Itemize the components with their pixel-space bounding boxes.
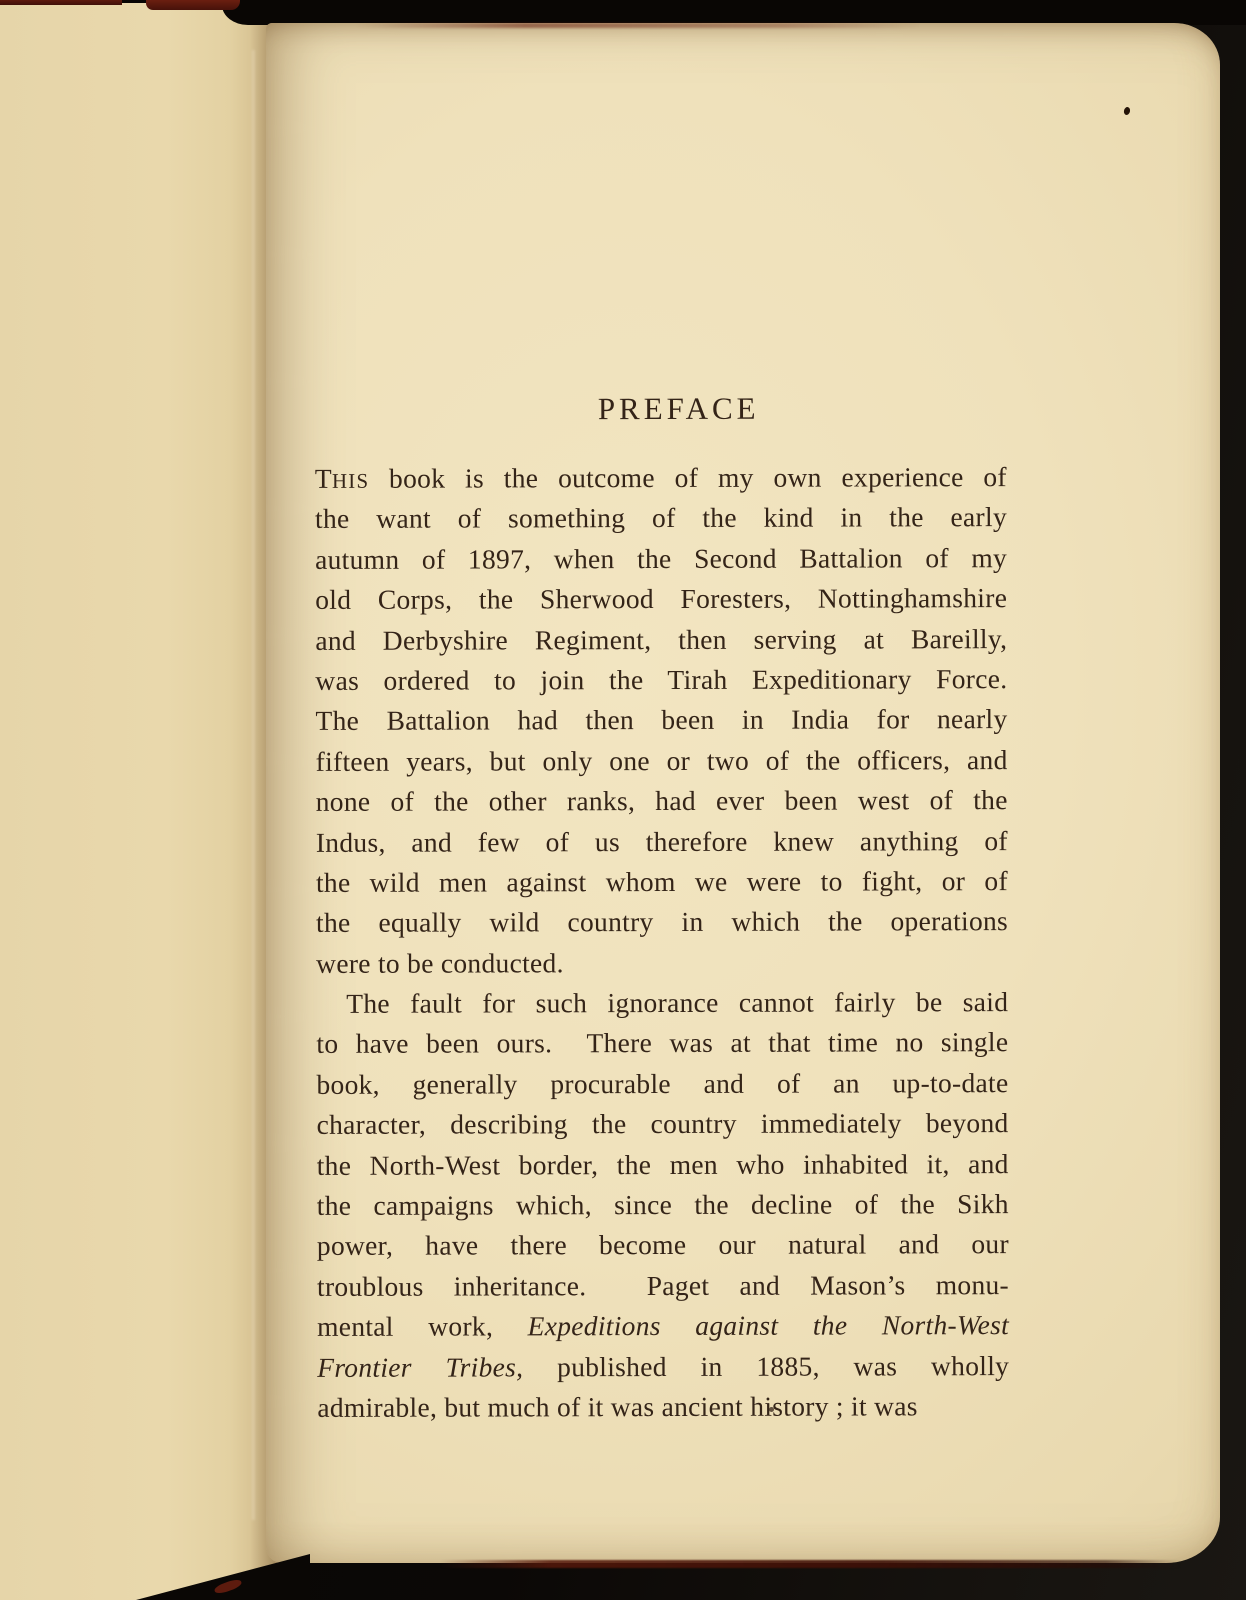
text-segment: were to be conducted.: [316, 947, 564, 979]
text-segment: old Corps, the Sherwood Foresters, Notti…: [315, 582, 1007, 615]
text-segment: HIS: [332, 469, 369, 493]
text-segment: book, generally procurable and of an up-…: [316, 1067, 1008, 1100]
text-line: admirable, but much of it was ancient hi…: [317, 1386, 1009, 1428]
text-segment: The fault for such ignorance cannot fair…: [346, 986, 1008, 1019]
text-segment: troublous inheritance. Paget and Mason’s…: [317, 1269, 1009, 1302]
page-text: PREFACE THIS book is the outcome of my o…: [315, 387, 1010, 1428]
text-segment: Indus, and few of us therefore knew anyt…: [316, 825, 1008, 858]
preface-heading: PREFACE: [333, 387, 1025, 431]
text-line: the wild men against whom we were to fig…: [316, 861, 1008, 903]
text-line: the campaigns which, since the decline o…: [317, 1184, 1009, 1226]
text-segment: Frontier Tribes,: [317, 1351, 523, 1383]
page-top-stain: [356, 23, 920, 28]
text-segment: admirable, but much of it was ancient hi…: [317, 1390, 918, 1423]
text-line: The fault for such ignorance cannot fair…: [316, 982, 1008, 1024]
text-line: to have been ours. There was at that tim…: [316, 1023, 1008, 1065]
text-line: were to be conducted.: [316, 942, 1008, 984]
paragraph: THIS book is the outcome of my own exper…: [315, 457, 1008, 984]
text-line: troublous inheritance. Paget and Mason’s…: [317, 1265, 1009, 1307]
background-top-band: [222, 0, 1246, 25]
text-line: old Corps, the Sherwood Foresters, Notti…: [315, 578, 1007, 620]
text-line: none of the other ranks, had ever been w…: [316, 780, 1008, 822]
text-segment: The Battalion had then been in India for…: [315, 703, 1007, 736]
text-line: power, have there become our natural and…: [317, 1225, 1009, 1267]
spine-edge: [146, 0, 240, 10]
text-line: was ordered to join the Tirah Expedition…: [315, 659, 1007, 701]
text-segment: the campaigns which, since the decline o…: [317, 1188, 1009, 1221]
text-segment: published in 1885, was wholly: [523, 1350, 1009, 1382]
spine-edge: [0, 0, 122, 5]
paragraph: The fault for such ignorance cannot fair…: [316, 982, 1009, 1428]
book-photo: PREFACE THIS book is the outcome of my o…: [0, 0, 1246, 1600]
text-segment: and Derbyshire Regiment, then serving at…: [315, 623, 1007, 656]
text-segment: book is the outcome of my own experience…: [369, 461, 1007, 494]
text-segment: fifteen years, but only one or two of th…: [316, 744, 1008, 777]
text-segment: autumn of 1897, when the Second Battalio…: [315, 542, 1007, 575]
text-line: and Derbyshire Regiment, then serving at…: [315, 619, 1007, 661]
text-line: the North-West border, the men who inhab…: [317, 1144, 1009, 1186]
text-segment: the want of something of the kind in the…: [315, 501, 1007, 534]
text-segment: was ordered to join the Tirah Expedition…: [315, 663, 1007, 696]
text-segment: the equally wild country in which the op…: [316, 905, 1008, 938]
text-segment: T: [315, 463, 332, 494]
text-segment: the North-West border, the men who inhab…: [317, 1148, 1009, 1181]
text-line: character, describing the country immedi…: [317, 1103, 1009, 1145]
text-segment: mental work,: [317, 1311, 528, 1343]
page-bottom-stain: [440, 1560, 1180, 1568]
text-line: Indus, and few of us therefore knew anyt…: [316, 821, 1008, 863]
text-segment: none of the other ranks, had ever been w…: [316, 784, 1008, 817]
text-segment: to have been ours. There was at that tim…: [316, 1027, 1008, 1060]
text-line: the equally wild country in which the op…: [316, 901, 1008, 943]
text-line: the want of something of the kind in the…: [315, 497, 1007, 539]
text-line: fifteen years, but only one or two of th…: [316, 740, 1008, 782]
text-line: autumn of 1897, when the Second Battalio…: [315, 538, 1007, 580]
text-segment: the wild men against whom we were to fig…: [316, 865, 1008, 898]
text-line: THIS book is the outcome of my own exper…: [315, 457, 1007, 499]
text-segment: power, have there become our natural and…: [317, 1229, 1009, 1262]
text-line: The Battalion had then been in India for…: [315, 699, 1007, 741]
text-line: mental work, Expeditions against the Nor…: [317, 1305, 1009, 1347]
text-line: book, generally procurable and of an up-…: [316, 1063, 1008, 1105]
text-segment: character, describing the country immedi…: [317, 1107, 1009, 1140]
text-segment: Expeditions against the North-West: [528, 1309, 1010, 1341]
text-line: Frontier Tribes, published in 1885, was …: [317, 1346, 1009, 1388]
